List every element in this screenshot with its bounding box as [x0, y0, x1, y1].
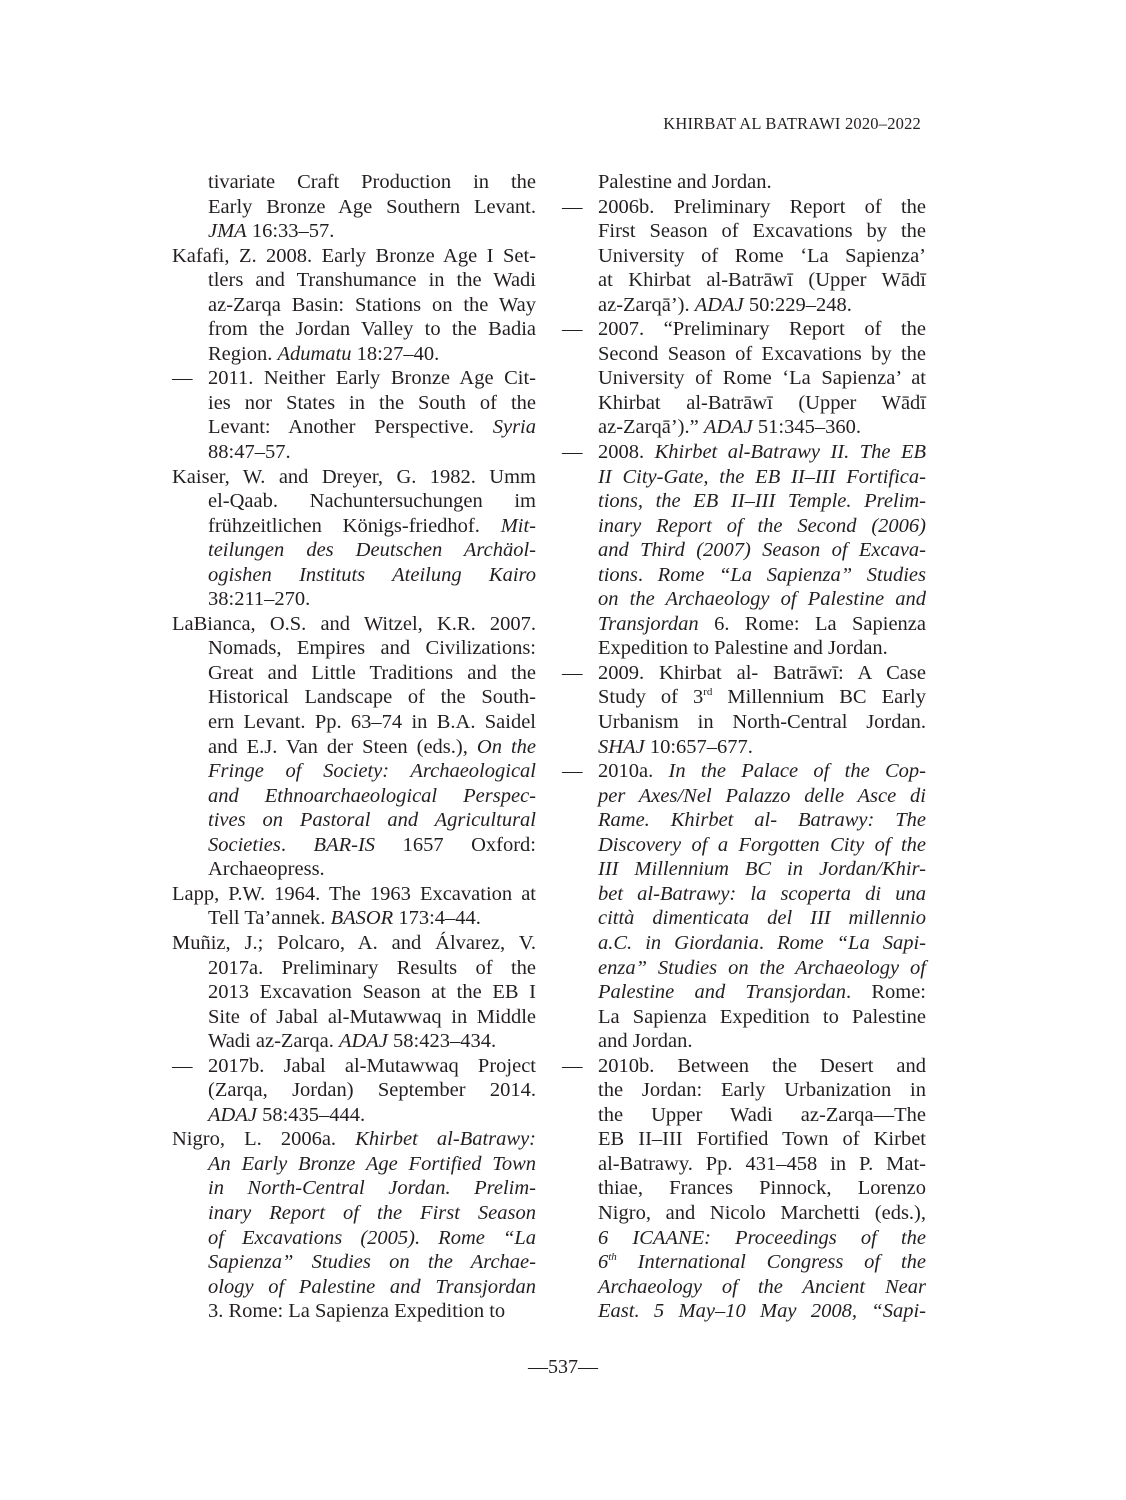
- reference-line: Kafafi, Z. 2008. Early Bronze Age I Set-: [172, 244, 536, 269]
- bibliography-column-left: tivariate Craft Production in theEarly B…: [172, 170, 536, 1324]
- reference-text: Kaiser, W. and Dreyer, G. 1982. Umm: [172, 465, 536, 490]
- reference-text: inary Report of the First Season: [208, 1201, 536, 1226]
- reference-line: tivariate Craft Production in the: [172, 170, 536, 195]
- reference-line: 38:211–270.: [172, 587, 536, 612]
- reference-line: Transjordan 6. Rome: La Sapienza: [562, 612, 926, 637]
- page-number: —537—: [0, 1356, 1126, 1379]
- reference-line: —2011. Neither Early Bronze Age Cit-: [172, 366, 536, 391]
- reference-text: a.C. in Giordania. Rome “La Sapi-: [598, 931, 926, 956]
- reference-line: at Khirbat al-Batrāwī (Upper Wādī: [562, 268, 926, 293]
- reference-text: enza” Studies on the Archaeology of: [598, 956, 926, 981]
- reference-text: JMA 16:33–57.: [208, 219, 536, 244]
- reference-line: (Zarqa, Jordan) September 2014.: [172, 1078, 536, 1103]
- reference-line: inary Report of the Second (2006): [562, 514, 926, 539]
- reference-line: An Early Bronze Age Fortified Town: [172, 1152, 536, 1177]
- reference-line: First Season of Excavations by the: [562, 219, 926, 244]
- reference-text: Palestine and Transjordan. Rome:: [598, 980, 926, 1005]
- reference-text: the Upper Wadi az-Zarqa—The: [598, 1103, 926, 1128]
- reference-text: tions, the EB II–III Temple. Prelim-: [598, 489, 926, 514]
- reference-text: ies nor States in the South of the: [208, 391, 536, 416]
- reference-text: 2011. Neither Early Bronze Age Cit-: [208, 366, 536, 391]
- reference-line: on the Archaeology of Palestine and: [562, 587, 926, 612]
- reference-line: el-Qaab. Nachuntersuchungen im: [172, 489, 536, 514]
- reference-line: EB II–III Fortified Town of Kirbet: [562, 1127, 926, 1152]
- reference-text: in North-Central Jordan. Prelim-: [208, 1176, 536, 1201]
- reference-line: Wadi az-Zarqa. ADAJ 58:423–434.: [172, 1029, 536, 1054]
- reference-text: EB II–III Fortified Town of Kirbet: [598, 1127, 926, 1152]
- reference-line: Societies. BAR-IS 1657 Oxford:: [172, 833, 536, 858]
- reference-text: Khirbat al-Batrāwī (Upper Wādī: [598, 391, 926, 416]
- reference-text: ern Levant. Pp. 63–74 in B.A. Saidel: [208, 710, 536, 735]
- reference-text: Early Bronze Age Southern Levant.: [208, 195, 536, 220]
- reference-text: tions. Rome “La Sapienza” Studies: [598, 563, 926, 588]
- reference-text: Lapp, P.W. 1964. The 1963 Excavation at: [172, 882, 536, 907]
- reference-line: Khirbat al-Batrāwī (Upper Wādī: [562, 391, 926, 416]
- reference-line: ern Levant. Pp. 63–74 in B.A. Saidel: [172, 710, 536, 735]
- reference-line: Archaeopress.: [172, 857, 536, 882]
- reference-line: Archaeology of the Ancient Near: [562, 1275, 926, 1300]
- reference-text: 3. Rome: La Sapienza Expedition to: [208, 1299, 536, 1324]
- reference-line: ogishen Instituts Ateilung Kairo: [172, 563, 536, 588]
- reference-text: Levant: Another Perspective. Syria: [208, 415, 536, 440]
- reference-line: bet al-Batrawy: la scoperta di una: [562, 882, 926, 907]
- reference-text: Fringe of Society: Archaeological: [208, 759, 536, 784]
- reference-text: 2008. Khirbet al-Batrawy II. The EB: [598, 440, 926, 465]
- ditto-dash: —: [562, 317, 583, 342]
- bibliography-column-right: Palestine and Jordan.—2006b. Preliminary…: [562, 170, 926, 1324]
- reference-line: az-Zarqā’). ADAJ 50:229–248.: [562, 293, 926, 318]
- reference-text: Region. Adumatu 18:27–40.: [208, 342, 536, 367]
- reference-text: East. 5 May–10 May 2008, “Sapi-: [598, 1299, 926, 1324]
- reference-text: 38:211–270.: [208, 587, 536, 612]
- reference-text: bet al-Batrawy: la scoperta di una: [598, 882, 926, 907]
- reference-text: Nomads, Empires and Civilizations:: [208, 636, 536, 661]
- reference-line: JMA 16:33–57.: [172, 219, 536, 244]
- reference-text: città dimenticata del III millennio: [598, 906, 926, 931]
- reference-line: Great and Little Traditions and the: [172, 661, 536, 686]
- reference-text: el-Qaab. Nachuntersuchungen im: [208, 489, 536, 514]
- reference-text: Societies. BAR-IS 1657 Oxford:: [208, 833, 536, 858]
- reference-text: III Millennium BC in Jordan/Khir-: [598, 857, 926, 882]
- reference-line: Nomads, Empires and Civilizations:: [172, 636, 536, 661]
- reference-text: tives on Pastoral and Agricultural: [208, 808, 536, 833]
- reference-text: SHAJ 10:657–677.: [598, 735, 926, 760]
- reference-line: Tell Ta’annek. BASOR 173:4–44.: [172, 906, 536, 931]
- reference-text: Rame. Khirbet al- Batrawy: The: [598, 808, 926, 833]
- reference-line: SHAJ 10:657–677.: [562, 735, 926, 760]
- reference-text: ology of Palestine and Transjordan: [208, 1275, 536, 1300]
- reference-text: Archaeopress.: [208, 857, 536, 882]
- reference-line: Fringe of Society: Archaeological: [172, 759, 536, 784]
- reference-line: —2008. Khirbet al-Batrawy II. The EB: [562, 440, 926, 465]
- reference-line: —2017b. Jabal al-Mutawwaq Project: [172, 1054, 536, 1079]
- reference-line: Sapienza” Studies on the Archae-: [172, 1250, 536, 1275]
- reference-line: 2013 Excavation Season at the EB I: [172, 980, 536, 1005]
- reference-text: Tell Ta’annek. BASOR 173:4–44.: [208, 906, 536, 931]
- reference-line: teilungen des Deutschen Archäol-: [172, 538, 536, 563]
- reference-text: Wadi az-Zarqa. ADAJ 58:423–434.: [208, 1029, 536, 1054]
- reference-text: ADAJ 58:435–444.: [208, 1103, 536, 1128]
- reference-line: University of Rome ‘La Sapienza’: [562, 244, 926, 269]
- reference-text: on the Archaeology of Palestine and: [598, 587, 926, 612]
- reference-line: Nigro, and Nicolo Marchetti (eds.),: [562, 1201, 926, 1226]
- reference-text: tivariate Craft Production in the: [208, 170, 536, 195]
- reference-text: First Season of Excavations by the: [598, 219, 926, 244]
- reference-line: III Millennium BC in Jordan/Khir-: [562, 857, 926, 882]
- reference-text: La Sapienza Expedition to Palestine: [598, 1005, 926, 1030]
- reference-line: Lapp, P.W. 1964. The 1963 Excavation at: [172, 882, 536, 907]
- reference-text: and Ethnoarchaeological Perspec-: [208, 784, 536, 809]
- reference-line: 88:47–57.: [172, 440, 536, 465]
- reference-line: az-Zarqā’).” ADAJ 51:345–360.: [562, 415, 926, 440]
- reference-text: 88:47–57.: [208, 440, 536, 465]
- reference-line: and Third (2007) Season of Excava-: [562, 538, 926, 563]
- reference-text: Historical Landscape of the South-: [208, 685, 536, 710]
- reference-line: ADAJ 58:435–444.: [172, 1103, 536, 1128]
- reference-text: An Early Bronze Age Fortified Town: [208, 1152, 536, 1177]
- reference-text: Discovery of a Forgotten City of the: [598, 833, 926, 858]
- reference-text: tlers and Transhumance in the Wadi: [208, 268, 536, 293]
- ditto-dash: —: [562, 440, 583, 465]
- reference-text: 2010a. In the Palace of the Cop-: [598, 759, 926, 784]
- reference-line: 2017a. Preliminary Results of the: [172, 956, 536, 981]
- reference-line: in North-Central Jordan. Prelim-: [172, 1176, 536, 1201]
- reference-line: 6 ICAANE: Proceedings of the: [562, 1226, 926, 1251]
- reference-text: (Zarqa, Jordan) September 2014.: [208, 1078, 536, 1103]
- reference-text: Nigro, and Nicolo Marchetti (eds.),: [598, 1201, 926, 1226]
- reference-text: from the Jordan Valley to the Badia: [208, 317, 536, 342]
- reference-line: az-Zarqa Basin: Stations on the Way: [172, 293, 536, 318]
- reference-text: az-Zarqa Basin: Stations on the Way: [208, 293, 536, 318]
- reference-line: University of Rome ‘La Sapienza’ at: [562, 366, 926, 391]
- reference-text: and Third (2007) Season of Excava-: [598, 538, 926, 563]
- reference-text: Great and Little Traditions and the: [208, 661, 536, 686]
- reference-text: Expedition to Palestine and Jordan.: [598, 636, 926, 661]
- reference-line: Second Season of Excavations by the: [562, 342, 926, 367]
- reference-line: Site of Jabal al-Mutawwaq in Middle: [172, 1005, 536, 1030]
- reference-text: Site of Jabal al-Mutawwaq in Middle: [208, 1005, 536, 1030]
- reference-line: ology of Palestine and Transjordan: [172, 1275, 536, 1300]
- reference-line: frühzeitlichen Königs-friedhof. Mit-: [172, 514, 536, 539]
- reference-line: Palestine and Jordan.: [562, 170, 926, 195]
- ditto-dash: —: [562, 1054, 583, 1079]
- reference-text: 2007. “Preliminary Report of the: [598, 317, 926, 342]
- reference-line: Historical Landscape of the South-: [172, 685, 536, 710]
- reference-line: inary Report of the First Season: [172, 1201, 536, 1226]
- reference-text: University of Rome ‘La Sapienza’ at: [598, 366, 926, 391]
- reference-line: Study of 3rd Millennium BC Early: [562, 685, 926, 710]
- reference-text: 2017b. Jabal al-Mutawwaq Project: [208, 1054, 536, 1079]
- reference-line: Muñiz, J.; Polcaro, A. and Álvarez, V.: [172, 931, 536, 956]
- reference-line: 3. Rome: La Sapienza Expedition to: [172, 1299, 536, 1324]
- reference-line: La Sapienza Expedition to Palestine: [562, 1005, 926, 1030]
- reference-text: 6 ICAANE: Proceedings of the: [598, 1226, 926, 1251]
- reference-text: thiae, Frances Pinnock, Lorenzo: [598, 1176, 926, 1201]
- reference-line: and E.J. Van der Steen (eds.), On the: [172, 735, 536, 760]
- reference-text: per Axes/Nel Palazzo delle Asce di: [598, 784, 926, 809]
- reference-text: Second Season of Excavations by the: [598, 342, 926, 367]
- reference-line: al-Batrawy. Pp. 431–458 in P. Mat-: [562, 1152, 926, 1177]
- reference-text: and E.J. Van der Steen (eds.), On the: [208, 735, 536, 760]
- reference-line: Region. Adumatu 18:27–40.: [172, 342, 536, 367]
- reference-text: and Jordan.: [598, 1029, 926, 1054]
- reference-line: tions. Rome “La Sapienza” Studies: [562, 563, 926, 588]
- reference-line: LaBianca, O.S. and Witzel, K.R. 2007.: [172, 612, 536, 637]
- ditto-dash: —: [172, 366, 193, 391]
- reference-line: Nigro, L. 2006a. Khirbet al-Batrawy:: [172, 1127, 536, 1152]
- reference-line: —2006b. Preliminary Report of the: [562, 195, 926, 220]
- reference-line: enza” Studies on the Archaeology of: [562, 956, 926, 981]
- reference-line: —2010a. In the Palace of the Cop-: [562, 759, 926, 784]
- reference-text: 2017a. Preliminary Results of the: [208, 956, 536, 981]
- reference-line: a.C. in Giordania. Rome “La Sapi-: [562, 931, 926, 956]
- reference-text: LaBianca, O.S. and Witzel, K.R. 2007.: [172, 612, 536, 637]
- reference-text: of Excavations (2005). Rome “La: [208, 1226, 536, 1251]
- reference-text: 2013 Excavation Season at the EB I: [208, 980, 536, 1005]
- reference-text: inary Report of the Second (2006): [598, 514, 926, 539]
- reference-text: teilungen des Deutschen Archäol-: [208, 538, 536, 563]
- ditto-dash: —: [562, 661, 583, 686]
- reference-text: Sapienza” Studies on the Archae-: [208, 1250, 536, 1275]
- reference-line: città dimenticata del III millennio: [562, 906, 926, 931]
- reference-line: Rame. Khirbet al- Batrawy: The: [562, 808, 926, 833]
- reference-text: 6th International Congress of the: [598, 1250, 926, 1275]
- reference-line: from the Jordan Valley to the Badia: [172, 317, 536, 342]
- reference-text: ogishen Instituts Ateilung Kairo: [208, 563, 536, 588]
- reference-line: Early Bronze Age Southern Levant.: [172, 195, 536, 220]
- reference-line: tives on Pastoral and Agricultural: [172, 808, 536, 833]
- reference-line: —2009. Khirbat al- Batrāwī: A Case: [562, 661, 926, 686]
- reference-text: the Jordan: Early Urbanization in: [598, 1078, 926, 1103]
- reference-line: Levant: Another Perspective. Syria: [172, 415, 536, 440]
- reference-text: II City-Gate, the EB II–III Fortifica-: [598, 465, 926, 490]
- reference-line: of Excavations (2005). Rome “La: [172, 1226, 536, 1251]
- reference-line: —2010b. Between the Desert and: [562, 1054, 926, 1079]
- reference-line: ies nor States in the South of the: [172, 391, 536, 416]
- running-head: KHIRBAT AL BATRAWI 2020–2022: [663, 114, 921, 134]
- reference-text: at Khirbat al-Batrāwī (Upper Wādī: [598, 268, 926, 293]
- reference-line: tions, the EB II–III Temple. Prelim-: [562, 489, 926, 514]
- reference-line: II City-Gate, the EB II–III Fortifica-: [562, 465, 926, 490]
- ditto-dash: —: [172, 1054, 193, 1079]
- reference-line: —2007. “Preliminary Report of the: [562, 317, 926, 342]
- reference-text: az-Zarqā’). ADAJ 50:229–248.: [598, 293, 926, 318]
- reference-text: 2006b. Preliminary Report of the: [598, 195, 926, 220]
- reference-text: Muñiz, J.; Polcaro, A. and Álvarez, V.: [172, 931, 536, 956]
- reference-text: frühzeitlichen Königs-friedhof. Mit-: [208, 514, 536, 539]
- reference-text: Palestine and Jordan.: [598, 170, 926, 195]
- reference-text: Transjordan 6. Rome: La Sapienza: [598, 612, 926, 637]
- reference-text: Kafafi, Z. 2008. Early Bronze Age I Set-: [172, 244, 536, 269]
- reference-line: 6th International Congress of the: [562, 1250, 926, 1275]
- reference-text: 2009. Khirbat al- Batrāwī: A Case: [598, 661, 926, 686]
- reference-text: Study of 3rd Millennium BC Early: [598, 685, 926, 710]
- reference-line: East. 5 May–10 May 2008, “Sapi-: [562, 1299, 926, 1324]
- reference-line: per Axes/Nel Palazzo delle Asce di: [562, 784, 926, 809]
- reference-text: az-Zarqā’).” ADAJ 51:345–360.: [598, 415, 926, 440]
- ditto-dash: —: [562, 195, 583, 220]
- reference-text: Urbanism in North-Central Jordan.: [598, 710, 926, 735]
- reference-text: Archaeology of the Ancient Near: [598, 1275, 926, 1300]
- reference-text: al-Batrawy. Pp. 431–458 in P. Mat-: [598, 1152, 926, 1177]
- reference-line: the Jordan: Early Urbanization in: [562, 1078, 926, 1103]
- reference-line: the Upper Wadi az-Zarqa—The: [562, 1103, 926, 1128]
- reference-line: thiae, Frances Pinnock, Lorenzo: [562, 1176, 926, 1201]
- reference-line: Kaiser, W. and Dreyer, G. 1982. Umm: [172, 465, 536, 490]
- reference-line: and Ethnoarchaeological Perspec-: [172, 784, 536, 809]
- reference-line: Expedition to Palestine and Jordan.: [562, 636, 926, 661]
- reference-text: 2010b. Between the Desert and: [598, 1054, 926, 1079]
- reference-line: tlers and Transhumance in the Wadi: [172, 268, 536, 293]
- reference-text: University of Rome ‘La Sapienza’: [598, 244, 926, 269]
- reference-text: Nigro, L. 2006a. Khirbet al-Batrawy:: [172, 1127, 536, 1152]
- ditto-dash: —: [562, 759, 583, 784]
- reference-line: Palestine and Transjordan. Rome:: [562, 980, 926, 1005]
- reference-line: Discovery of a Forgotten City of the: [562, 833, 926, 858]
- reference-line: Urbanism in North-Central Jordan.: [562, 710, 926, 735]
- reference-line: and Jordan.: [562, 1029, 926, 1054]
